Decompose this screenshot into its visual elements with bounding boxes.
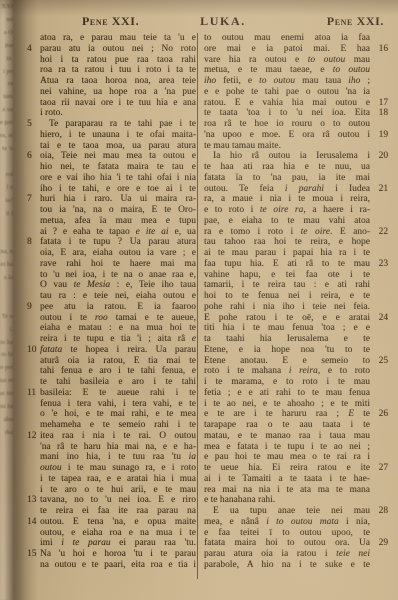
verse-number <box>373 162 388 173</box>
verse-text: tou ia 'na, na o maira, E te Oro- <box>40 205 196 216</box>
text-line: Ia hio râ outou ia Ierusalema i20 <box>204 151 388 162</box>
text-line: e te are i te haruru raa ; E te26 <box>204 409 388 420</box>
verse-number <box>27 485 40 496</box>
verse-text: roa ra ta ratou i tuu i roto i ta te <box>40 65 196 76</box>
verse-text: mehameha e te semeio rahi i te <box>40 420 196 431</box>
verse-text: fatata i te tupu ? Ua parau atura <box>40 237 196 248</box>
column-divider-rule <box>197 33 198 579</box>
verse-text: fatata ïa to 'na pau, ia ite mai <box>204 173 370 184</box>
verse-text: fenua i tera vahi, i tera vahi, e te <box>40 399 196 410</box>
verse-number <box>27 248 40 259</box>
verse-number <box>373 76 388 87</box>
verse-text: atoa ra, e parau mau teie ta 'u e <box>40 33 196 44</box>
text-line: O vau te Mesia : e, Teie iho taua <box>27 280 196 291</box>
text-line: hoi i ta ratou pue raa taoa rahi <box>27 55 196 66</box>
verse-number <box>373 302 388 313</box>
verse-number: 29 <box>373 538 388 549</box>
verse-number <box>373 280 388 291</box>
verse-number <box>27 33 40 44</box>
verse-number <box>373 399 388 410</box>
text-line: outou i te mau sunago ra, e i roto <box>27 463 196 474</box>
verse-text: hio nei, te fatata maira te tau e <box>40 162 196 173</box>
verse-text: oia, Teie nei mau mea ta outou e <box>40 151 196 162</box>
running-head-left: Pene XXI. <box>82 14 139 29</box>
text-line: i te tapea raa, e e aratai hia i mua <box>27 474 196 485</box>
verse-number <box>373 420 388 431</box>
verse-text: aturâ oia ia ratou, E tia mai te <box>40 356 196 367</box>
verse-number <box>373 87 388 98</box>
verse-number <box>27 141 40 152</box>
verse-number <box>373 528 388 539</box>
verse-text: i te aro o te hui arii, e te mau <box>40 485 196 496</box>
text-line: E pohe ratou i te oē, e e aratai24 <box>204 313 388 324</box>
text-line: oia, E ara, eiaha outou ia vare ; e <box>27 248 196 259</box>
text-line: e pau hoi te mau mea o te rai ra i <box>204 452 388 463</box>
verse-text: reira i te tupu e tia 'i ; aita râ e <box>40 334 196 345</box>
verse-number: 15 <box>27 549 40 560</box>
text-line: 'na râ te haru hia mai na, e e ha- <box>27 442 196 453</box>
text-line: mea, e nânâ i to outou mata i nia, <box>204 517 388 528</box>
verse-number: 18 <box>373 108 388 119</box>
verse-text: titi hia i te mau fenua 'toa ; e e <box>204 323 370 334</box>
text-line: parabole, A hio na i te suke e te <box>204 560 388 571</box>
verse-text: te taata 'toa i to 'u nei ioa. Eita <box>204 108 370 119</box>
verse-text: tau tahoo raa hoi te reira, e hope <box>204 237 370 248</box>
verse-text: hoi to te fenua nei i reira, e te <box>204 291 370 302</box>
verse-number <box>27 409 40 420</box>
text-line: 12itea raa i nia i te rai. O outou <box>27 431 196 442</box>
text-line: e faa teitei ī to outou upoo, te <box>204 528 388 539</box>
text-line: Atua ra taoa horoa noa, area teie <box>27 76 196 87</box>
text-line: i te aro o te hui arii, e te mau <box>27 485 196 496</box>
text-line: Etene anotau. E e semeio to25 <box>204 356 388 367</box>
verse-number <box>373 65 388 76</box>
verse-number <box>27 205 40 216</box>
verse-number: 25 <box>373 356 388 367</box>
text-line: metua, afea ïa mau mea e tupu <box>27 216 196 227</box>
verse-text: to 'u nei ioa, i te na o anae raa e, <box>40 270 196 281</box>
text-line: ai ? e eaha te tapao e ite ai e, ua <box>27 227 196 238</box>
verse-number <box>27 76 40 87</box>
text-line: taoa rii navai ore i te tuu hia e ana <box>27 98 196 109</box>
verse-text: ore mai e ia patoi mai. E haa <box>204 44 370 55</box>
verse-number: 24 <box>373 313 388 324</box>
text-line: 'na upoo e moe. E ora râ outou i19 <box>204 130 388 141</box>
text-line: te mau tamau maite. <box>204 141 388 152</box>
verse-text: iho i te tahi, e ore e toe ai i te <box>40 184 196 195</box>
running-head-right: Pene XXI. <box>327 14 384 29</box>
verse-number: 26 <box>373 409 388 420</box>
verse-text: iho fetii, e to outou mau taua iho ; <box>204 76 370 87</box>
text-line: mehameha e te semeio rahi i te <box>27 420 196 431</box>
verse-number <box>373 55 388 66</box>
text-line: outou. Te feia i parahi i Iudea21 <box>204 184 388 195</box>
verse-text: roto i te mahana i reira, e to roto <box>204 366 370 377</box>
text-line: e te hanahana rahi. <box>204 495 388 506</box>
verse-text: metua, e te mau taeae, e to outou <box>204 65 370 76</box>
text-line: tamarii, i te reira tau : e ati rahi <box>204 280 388 291</box>
verse-number <box>27 162 40 173</box>
verse-number <box>27 98 40 109</box>
text-line: roa ra ta ratou i tuu i roto i ta te <box>27 65 196 76</box>
text-line: to outou mau enemi atoa ia faa <box>204 33 388 44</box>
text-line: i te ao nei, e te ahoaho ; e te miti <box>204 399 388 410</box>
text-line: rea mai na nia i te ata ma te mana <box>204 485 388 496</box>
verse-number <box>27 528 40 539</box>
verse-text: parau atura oia ia ratou i teie nei <box>204 549 370 560</box>
facing-page-edge: XXI mi a O ma ta. i po ra tam a ua e pau… <box>0 0 13 600</box>
verse-text: i roto. <box>40 108 196 119</box>
verse-text: faa tupu hia. E ati râ to te mau <box>204 259 370 270</box>
verse-number <box>27 560 40 571</box>
verse-number <box>27 474 40 485</box>
verse-text: tamarii, i te reira tau : e ati rahi <box>204 280 370 291</box>
verse-number <box>27 130 40 141</box>
verse-text: rave rahi hoi te haere mai ma <box>40 259 196 270</box>
verse-number <box>373 388 388 399</box>
verse-text: metua, afea ïa mau mea e tupu <box>40 216 196 227</box>
verse-number <box>27 87 40 98</box>
verse-text: outou i te roo tamai e te aueue, <box>40 313 196 324</box>
text-line: hio nei, te fatata maira te tau e <box>27 162 196 173</box>
text-line: ra e tomo i roto i te oire. E ano-22 <box>204 227 388 238</box>
text-line: o 'e hoi, e te mai rahi, e te mea <box>27 409 196 420</box>
verse-text: pee atu ia ratou. E ia faaroo <box>40 302 196 313</box>
verse-text: e e pohe te tahi pae o outou 'na ia <box>204 87 370 98</box>
verse-number <box>27 227 40 238</box>
text-line: ai i te Tamaiti a te taata i te hae- <box>204 474 388 485</box>
verse-text: e te are i te haruru raa ; E te <box>204 409 370 420</box>
text-line: tarapape raa o te aau taata i te <box>204 420 388 431</box>
verse-number: 16 <box>373 44 388 55</box>
verse-text: tau ra : e teie nei, eiaha outou e <box>40 291 196 302</box>
verse-number <box>373 141 388 152</box>
text-line: metua, e te mau taeae, e to outou <box>204 65 388 76</box>
verse-number <box>373 549 388 560</box>
text-line: i roto. <box>27 108 196 119</box>
verse-number: 14 <box>27 517 40 528</box>
verse-text: outou. E tena 'na, e opua maite <box>40 517 196 528</box>
verse-number <box>27 377 40 388</box>
verse-number <box>373 474 388 485</box>
verse-text: roa râ te hoe io rouru o to outou <box>204 119 370 130</box>
text-line: eiaha e matau : e na mua hoi te <box>27 323 196 334</box>
verse-text: te ueue hia. Ei reira ratou e ite <box>204 463 370 474</box>
text-line: atoa ra, e parau mau teie ta 'u e <box>27 33 196 44</box>
text-line: roto i te mahana i reira, e to roto <box>204 366 388 377</box>
text-line: e e pohe te tahi pae o outou 'na ia <box>204 87 388 98</box>
verse-text: i te ao nei, e te ahoaho ; e te miti <box>204 399 370 410</box>
verse-text: tarapape raa o te aau taata i te <box>204 420 370 431</box>
text-line: parau atura oia ia ratou i teie nei <box>204 549 388 560</box>
verse-text: ore e vai iho hia 'i te tahi ofai i nia <box>40 173 196 184</box>
text-line: 6oia, Teie nei mau mea ta outou e <box>27 151 196 162</box>
text-line: mea e fatata i te tupu i te ao nei ; <box>204 442 388 453</box>
verse-text: oia, E ara, eiaha outou ia vare ; e <box>40 248 196 259</box>
verse-number <box>373 495 388 506</box>
text-line: ratou. E e vahia hia mai outou e17 <box>204 98 388 109</box>
verse-text: itea raa i nia i te rai. O outou <box>40 431 196 442</box>
verse-text: outou i te mau sunago ra, e i roto <box>40 463 196 474</box>
text-line: i te marama, e to roto i te mau <box>204 377 388 388</box>
verse-number <box>373 560 388 571</box>
text-line: hoi to te fenua nei i reira, e te <box>204 291 388 302</box>
verse-number <box>27 55 40 66</box>
text-line: iho i te tahi, e ore e toe ai i te <box>27 184 196 195</box>
text-line: imi i te parau ei parau raa 'tu. <box>27 538 196 549</box>
verse-text: to outou mau enemi atoa ia faa <box>204 33 370 44</box>
verse-number <box>27 452 40 463</box>
verse-text: tai e te taoa moa, ua parau atura <box>40 141 196 152</box>
verse-number <box>373 33 388 44</box>
text-line: tahi fenua e aro i te tahi fenua, e <box>27 366 196 377</box>
right-text-column: to outou mau enemi atoa ia faaore mai e … <box>204 33 388 571</box>
verse-text: mea, e nânâ i to outou mata i nia, <box>204 517 370 528</box>
text-line: na outou e te paari, eita roa e tia i <box>27 560 196 571</box>
verse-number <box>373 345 388 356</box>
verse-text: fetia ; e e ati rahi to te mau fenua <box>204 388 370 399</box>
verse-text: te reira ei faa ite raa parau na <box>40 506 196 517</box>
verse-number <box>373 119 388 130</box>
text-line: vahine hapu, e tei faa ote i te <box>204 270 388 281</box>
text-line: E ua tupu anae teie nei mau28 <box>204 506 388 517</box>
verse-text: o 'e hoi, e te mai rahi, e te mea <box>40 409 196 420</box>
verse-number <box>373 377 388 388</box>
verse-text: vahine hapu, e tei faa ote i te <box>204 270 370 281</box>
verse-text: e te hanahana rahi. <box>204 495 370 506</box>
verse-number: 27 <box>373 463 388 474</box>
text-line: 14outou. E tena 'na, e opua maite <box>27 517 196 528</box>
verse-number: 20 <box>373 151 388 162</box>
verse-number: 13 <box>27 495 40 506</box>
verse-text: Na 'u hoi e horoa 'tu i te parau <box>40 549 196 560</box>
verse-text: vare hia ra outou e to outou mau <box>204 55 370 66</box>
text-line: fetia ; e e ati rahi to te mau fenua <box>204 388 388 399</box>
verse-text: tahi fenua e aro i te tahi fenua, e <box>40 366 196 377</box>
verse-number <box>373 237 388 248</box>
verse-text: te mau tamau maite. <box>204 141 370 152</box>
verse-number <box>373 366 388 377</box>
text-line: fenua i tera vahi, i tera vahi, e te <box>27 399 196 410</box>
text-line: 13tavana, no to 'u nei ioa. E e riro <box>27 495 196 506</box>
verse-number <box>27 442 40 453</box>
verse-text: ra e tomo i roto i te oire. E ano- <box>204 227 370 238</box>
verse-number <box>27 506 40 517</box>
verse-text: matau, e te manao raa i taua mau <box>204 431 370 442</box>
verse-number <box>27 356 40 367</box>
text-line: ore e vai iho hia 'i te tahi ofai i nia <box>27 173 196 184</box>
verse-text: na outou e te paari, eita roa e tia i <box>40 560 196 571</box>
verse-text: pae, e eiaha to te mau vahi atoa <box>204 216 370 227</box>
verse-number: 5 <box>27 119 40 130</box>
verse-number: 19 <box>373 130 388 141</box>
text-line: iho fetii, e to outou mau taua iho ; <box>204 76 388 87</box>
verse-text: Etene anotau. E e semeio to <box>204 356 370 367</box>
verse-number <box>373 173 388 184</box>
text-line: 11basileia: E te aueue rahi i te <box>27 388 196 399</box>
text-line: tau tahoo raa hoi te reira, e hope <box>204 237 388 248</box>
text-line: te reira ei faa ite raa parau na <box>27 506 196 517</box>
verse-number: 23 <box>373 259 388 270</box>
text-line: tau ra : e teie nei, eiaha outou e <box>27 291 196 302</box>
text-line: pae, e eiaha to te mau vahi atoa <box>204 216 388 227</box>
verse-number <box>27 108 40 119</box>
verse-number <box>27 366 40 377</box>
verse-text: 'na râ te haru hia mai na, e e ha- <box>40 442 196 453</box>
text-line: roa râ te hoe io rouru o to outou <box>204 119 388 130</box>
verse-number: 12 <box>27 431 40 442</box>
verse-text: ratou. E e vahia hia mai outou e <box>204 98 370 109</box>
verse-number <box>27 538 40 549</box>
verse-number: 7 <box>27 194 40 205</box>
text-line: vare hia ra outou e to outou mau <box>204 55 388 66</box>
verse-text: tavana, no to 'u nei ioa. E e riro <box>40 495 196 506</box>
verse-number <box>373 216 388 227</box>
verse-number <box>373 517 388 528</box>
verse-text: Ia hio râ outou ia Ierusalema i <box>204 151 370 162</box>
verse-number <box>27 65 40 76</box>
verse-text: imi i te parau ei parau raa 'tu. <box>40 538 196 549</box>
verse-text: O vau te Mesia : e, Teie iho taua <box>40 280 196 291</box>
text-line: to 'u nei ioa, i te na o anae raa e, <box>27 270 196 281</box>
verse-text: Te paraparau ra te tahi pae i te <box>40 119 196 130</box>
text-line: tai e te taoa moa, ua parau atura <box>27 141 196 152</box>
running-head: Pene XXI. LUKA. Pene XXI. <box>26 14 388 29</box>
verse-text: ta taahi hia Ierusalema e te <box>204 334 370 345</box>
book-page-photo: { "page": { "header": { "left": "Pene XX… <box>0 0 398 600</box>
text-line: 15Na 'u hoi e horoa 'tu i te parau <box>27 549 196 560</box>
verse-text: basileia: E te aueue rahi i te <box>40 388 196 399</box>
text-line: ore mai e ia patoi mai. E haa16 <box>204 44 388 55</box>
text-line: te tahi basileia e aro i te tahi <box>27 377 196 388</box>
verse-text: outou. Te feia i parahi i Iudea <box>204 184 370 195</box>
verse-text: te tahi basileia e aro i te tahi <box>40 377 196 388</box>
verse-number <box>373 270 388 281</box>
text-line: reira i te tupu e tia 'i ; aita râ e <box>27 334 196 345</box>
text-line: 8fatata i te tupu ? Ua parau atura <box>27 237 196 248</box>
verse-text: hoi i ta ratou pue raa taoa rahi <box>40 55 196 66</box>
left-text-column: atoa ra, e parau mau teie ta 'u e4parau … <box>27 33 196 571</box>
text-line: Etene, e ia hope noa 'tu to te <box>204 345 388 356</box>
text-line: aturâ oia ia ratou, E tia mai te <box>27 356 196 367</box>
text-line: fatata maira hoi to outou ora. Ua29 <box>204 538 388 549</box>
text-line: te ueue hia. Ei reira ratou e ite27 <box>204 463 388 474</box>
verse-number <box>373 334 388 345</box>
verse-number <box>27 216 40 227</box>
verse-number <box>27 184 40 195</box>
verse-text: parabole, A hio na i te suke e te <box>204 560 370 571</box>
verse-text: E pohe ratou i te oē, e e aratai <box>204 313 370 324</box>
text-line: ra, a maue i nia i te moua i reira, <box>204 194 388 205</box>
verse-text: hiero, i te unauna i te ofai maita- <box>40 130 196 141</box>
verse-number: 17 <box>373 98 388 109</box>
text-line: hiero, i te unauna i te ofai maita- <box>27 130 196 141</box>
text-line: ta taahi hia Ierusalema e te <box>204 334 388 345</box>
verse-text: ra, a maue i nia i te moua i reira, <box>204 194 370 205</box>
verse-number <box>27 463 40 474</box>
text-line: 10fatata te hopea i reira. Ua parau <box>27 345 196 356</box>
text-line: mani ino hia, i te tuu raa 'tu ia <box>27 452 196 463</box>
text-line: 5Te paraparau ra te tahi pae i te <box>27 119 196 130</box>
verse-text: nei vahine, ua hope roa a 'na pue <box>40 87 196 98</box>
verse-text: outou, e eiaha roa e na mua i te <box>40 528 196 539</box>
text-line: rave rahi hoi te haere mai ma <box>27 259 196 270</box>
verse-number: 28 <box>373 506 388 517</box>
verse-number <box>373 205 388 216</box>
verse-text: e pau hoi te mau mea o te rai ra i <box>204 452 370 463</box>
verse-text: mea e fatata i te tupu i te ao nei ; <box>204 442 370 453</box>
verse-number <box>373 485 388 496</box>
verse-number <box>27 280 40 291</box>
verse-text: fatata maira hoi to outou ora. Ua <box>204 538 370 549</box>
text-line: fatata ïa to 'na pau, ia ite mai <box>204 173 388 184</box>
verse-text: rea mai na nia i te ata ma te mana <box>204 485 370 496</box>
verse-number <box>27 334 40 345</box>
verse-text: e faa teitei ī to outou upoo, te <box>204 528 370 539</box>
verse-number: 4 <box>27 44 40 55</box>
verse-number <box>373 323 388 334</box>
verse-text: e to roto i te oire ra, a haere i ra- <box>204 205 370 216</box>
verse-number <box>27 259 40 270</box>
verse-text: i te tapea raa, e e aratai hia i mua <box>40 474 196 485</box>
text-line: 9pee atu ia ratou. E ia faaroo <box>27 302 196 313</box>
verse-number <box>373 291 388 302</box>
text-line: 7huri hia i raro. Ua ui maira ra- <box>27 194 196 205</box>
text-line: titi hia i te mau fenua 'toa ; e e <box>204 323 388 334</box>
running-head-title: LUKA. <box>200 14 246 29</box>
verse-number <box>373 452 388 463</box>
text-line: pohe rahi i nia iho i teie nei feia. <box>204 302 388 313</box>
verse-number <box>27 420 40 431</box>
text-line: te taata 'toa i to 'u nei ioa. Eita18 <box>204 108 388 119</box>
text-line: 4parau atu ia outou nei ; No roto <box>27 44 196 55</box>
verse-text: ai ? e eaha te tapao e ite ai e, ua <box>40 227 196 238</box>
verse-text: ai i te Tamaiti a te taata i te hae- <box>204 474 370 485</box>
verse-text: E ua tupu anae teie nei mau <box>204 506 370 517</box>
text-line: nei vahine, ua hope roa a 'na pue <box>27 87 196 98</box>
verse-text: 'na upoo e moe. E ora râ outou i <box>204 130 370 141</box>
verse-number <box>27 270 40 281</box>
text-line: ai te mau parau i papai hia ra i te <box>204 248 388 259</box>
verse-number: 11 <box>27 388 40 399</box>
verse-number: 22 <box>373 227 388 238</box>
verse-text: pohe rahi i nia iho i teie nei feia. <box>204 302 370 313</box>
verse-text: mani ino hia, i te tuu raa 'tu ia <box>40 452 196 463</box>
verse-text: eiaha e matau : e na mua hoi te <box>40 323 196 334</box>
verse-number: 6 <box>27 151 40 162</box>
verse-number <box>27 291 40 302</box>
verse-number <box>373 194 388 205</box>
verse-number <box>27 323 40 334</box>
verse-text: te haa ati raa hia e te nuu, ua <box>204 162 370 173</box>
verse-number: 8 <box>27 237 40 248</box>
verse-text: huri hia i raro. Ua ui maira ra- <box>40 194 196 205</box>
verse-text: Etene, e ia hope noa 'tu to te <box>204 345 370 356</box>
text-line: tou ia 'na, na o maira, E te Oro- <box>27 205 196 216</box>
verse-number <box>373 431 388 442</box>
text-line: te haa ati raa hia e te nuu, ua <box>204 162 388 173</box>
verse-number <box>373 248 388 259</box>
verse-text: parau atu ia outou nei ; No roto <box>40 44 196 55</box>
verse-number <box>27 399 40 410</box>
verse-number: 9 <box>27 302 40 313</box>
text-line: faa tupu hia. E ati râ to te mau23 <box>204 259 388 270</box>
text-line: outou i te roo tamai e te aueue, <box>27 313 196 324</box>
verse-text: taoa rii navai ore i te tuu hia e ana <box>40 98 196 109</box>
verse-number: 10 <box>27 345 40 356</box>
verse-number: 21 <box>373 184 388 195</box>
verse-text: ai te mau parau i papai hia ra i te <box>204 248 370 259</box>
